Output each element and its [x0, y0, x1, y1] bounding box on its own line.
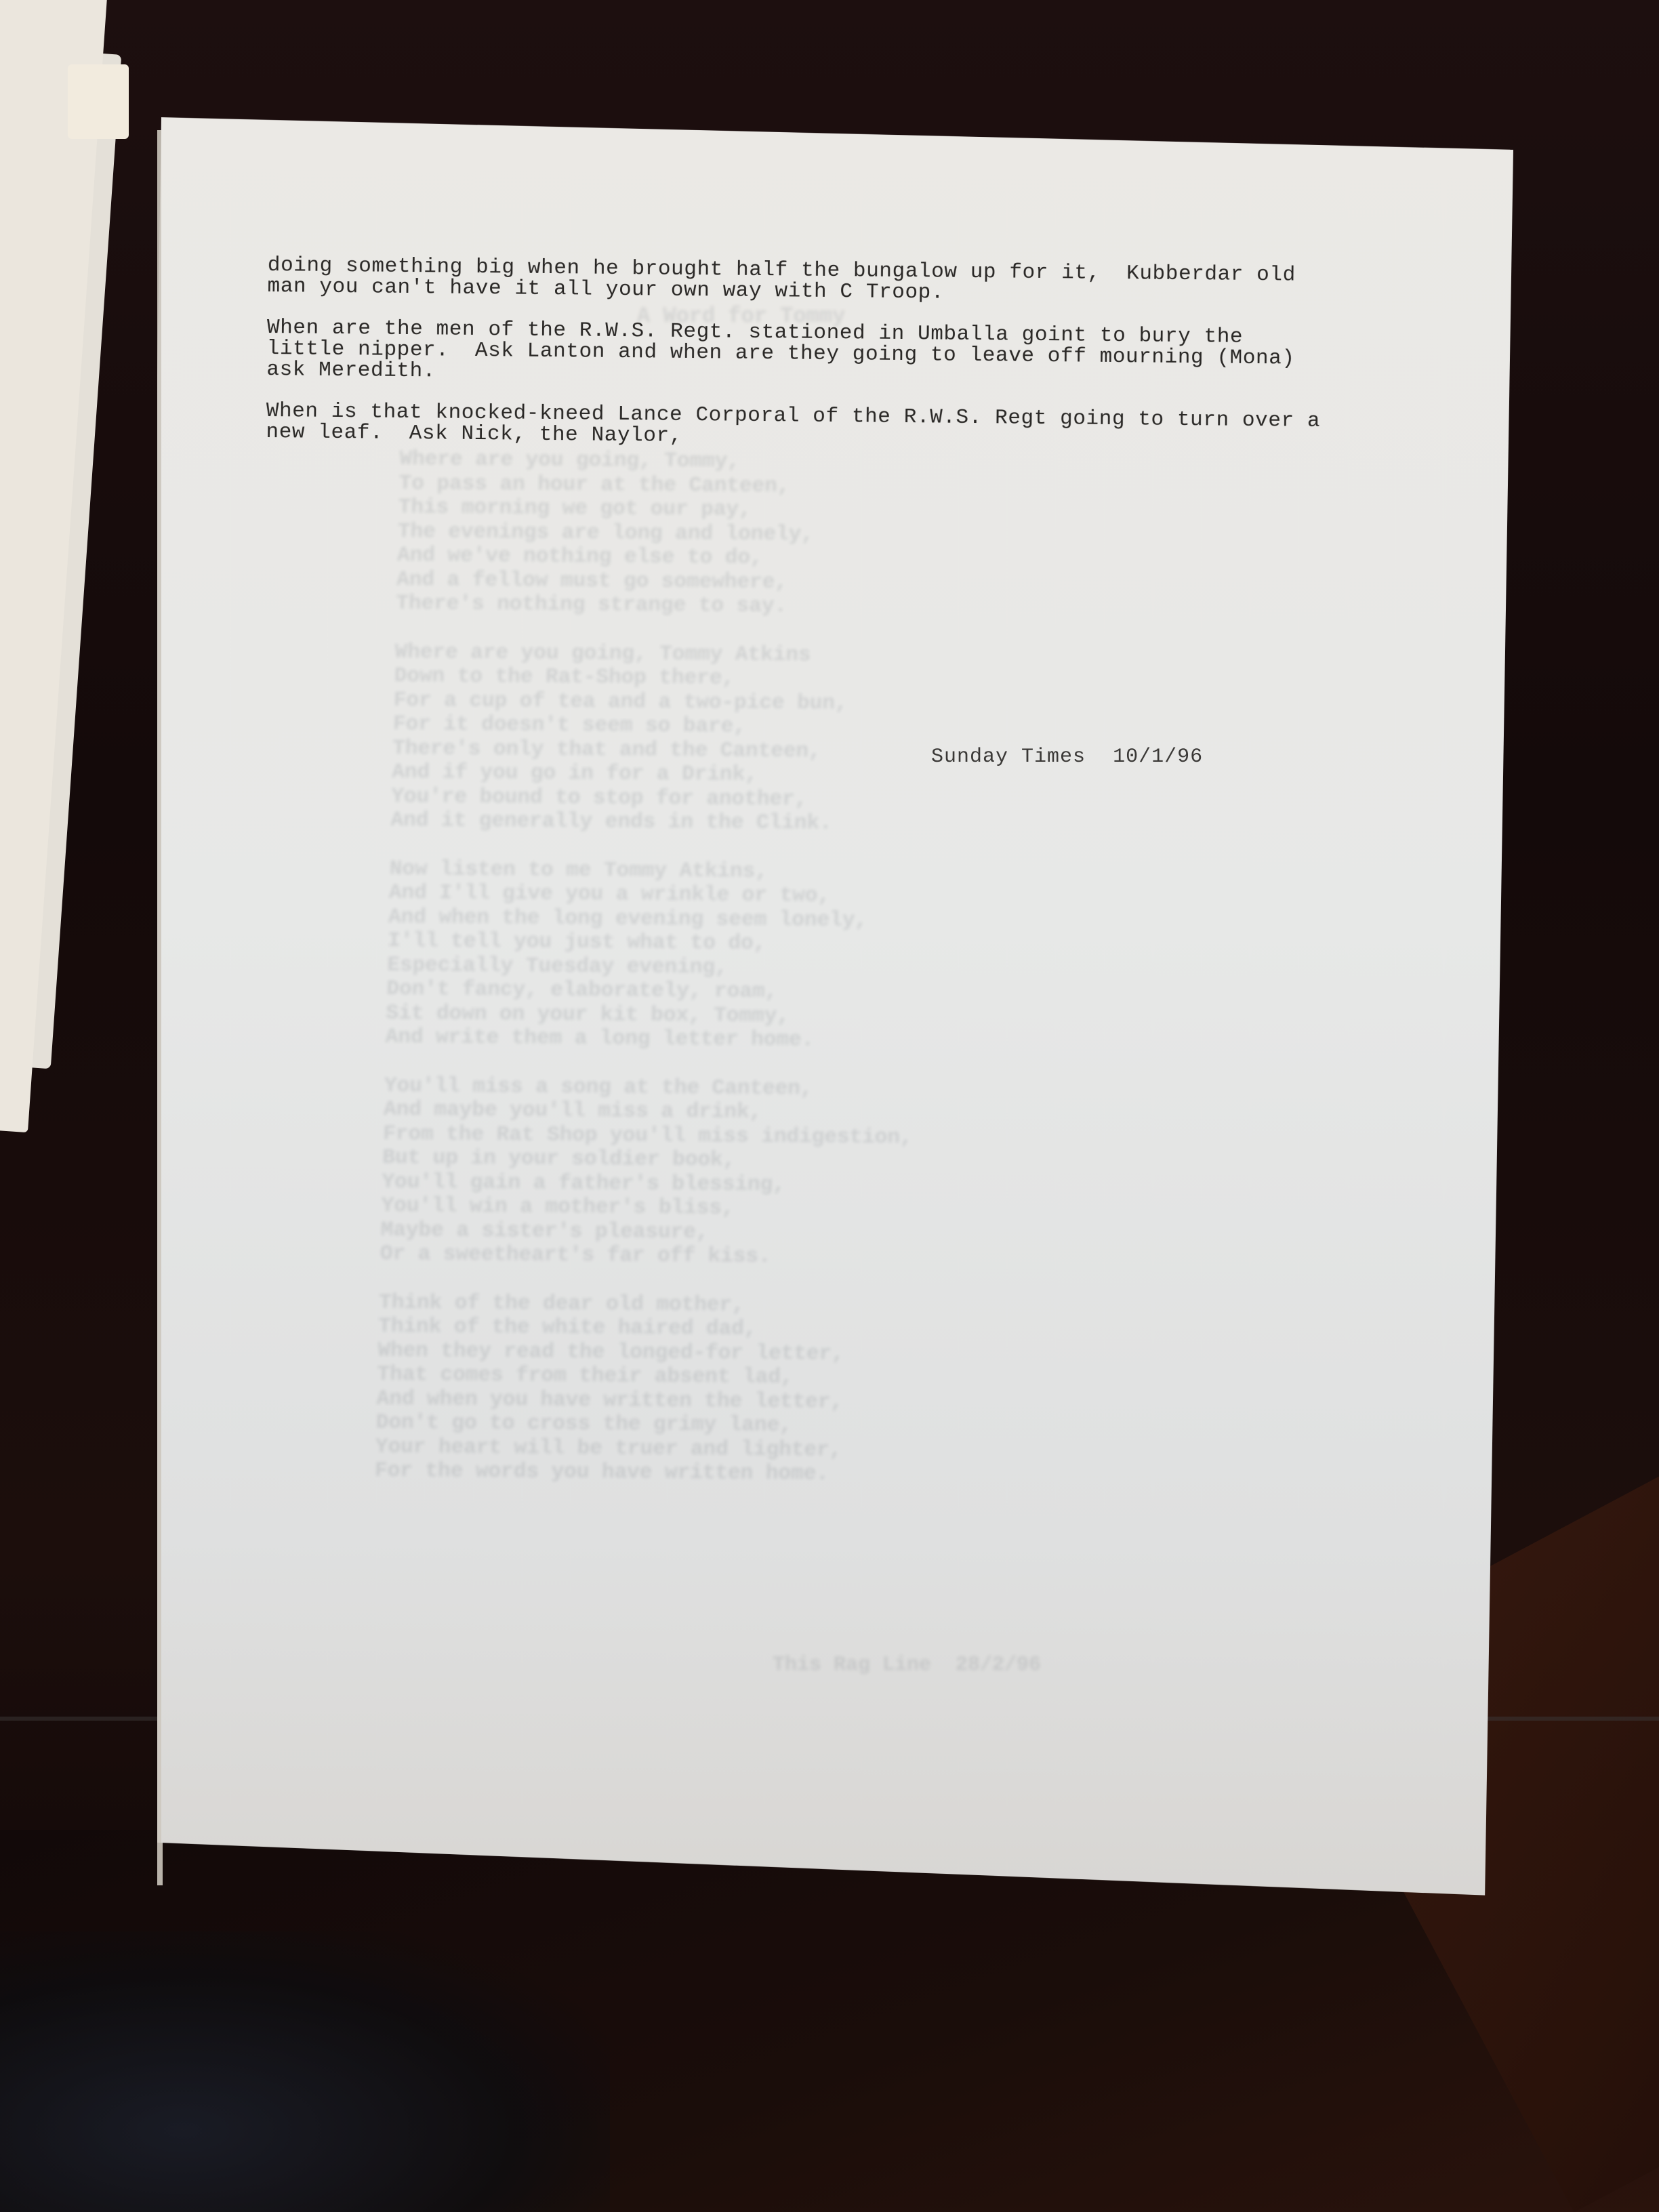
show-through-poem: Where are you going, Tommy,To pass an ho…: [374, 447, 930, 1511]
show-through-line: Sit down on your kit box, Tommy,: [386, 1001, 916, 1029]
show-through-line: The evenings are long and lonely,: [398, 519, 928, 547]
show-through-line: That comes from their absent lad,: [377, 1363, 907, 1391]
paragraph: doing something big when he brought half…: [267, 255, 1322, 307]
show-through-line: Think of the dear old mother,: [379, 1290, 909, 1318]
show-through-line: To pass an hour at the Canteen,: [398, 471, 928, 499]
show-through-line: You'll gain a father's blessing,: [382, 1170, 912, 1197]
chair-shadow: [0, 1931, 610, 2212]
show-through-line: And I'll give you a wrinkle or two,: [388, 881, 918, 909]
show-through-line: But up in your soldier book,: [382, 1146, 912, 1174]
show-through-line: For it doesn't seem so bare,: [393, 712, 923, 740]
source-publication: Sunday Times: [931, 745, 1086, 769]
typed-body: doing something big when he brought half…: [266, 255, 1322, 473]
show-through-stanza: You'll miss a song at the Canteen,And ma…: [380, 1073, 914, 1269]
show-through-footer: This Rag Line 28/2/96: [773, 1654, 1041, 1677]
show-through-stanza: Think of the dear old mother,Think of th…: [375, 1290, 909, 1486]
show-through-line: You'll miss a song at the Canteen,: [384, 1073, 914, 1101]
paragraph: When are the men of the R.W.S. Regt. sta…: [266, 317, 1321, 390]
stacked-sheet-corner: [68, 64, 129, 139]
show-through-line: Don't fancy, elaborately, roam,: [386, 977, 916, 1005]
show-through-line: Think of the white haired dad,: [378, 1315, 908, 1343]
show-through-line: And it generally ends in the Clink.: [390, 808, 920, 836]
show-through-line: There's nothing strange to say.: [396, 592, 926, 619]
source-date: 10/1/96: [1113, 745, 1203, 769]
show-through-line: Especially Tuesday evening,: [387, 953, 917, 981]
show-through-line: Down to the Rat-Shop there,: [394, 664, 924, 692]
show-through-line: Your heart will be truer and lighter,: [375, 1435, 905, 1462]
show-through-line: Or a sweetheart's far off kiss.: [380, 1242, 909, 1270]
show-through-stanza: Where are you going, Tommy,To pass an ho…: [396, 447, 929, 619]
show-through-line: When they read the longed-for letter,: [377, 1338, 907, 1366]
show-through-line: Maybe a sister's pleasure,: [380, 1218, 910, 1246]
show-through-line: You're bound to stop for another,: [391, 784, 921, 812]
show-through-line: Now listen to me Tommy Atkins,: [389, 857, 919, 884]
show-through-line: I'll tell you just what to do,: [388, 929, 918, 957]
source-citation: Sunday Times10/1/96: [905, 722, 1203, 769]
show-through-line: There's only that and the Canteen,: [392, 736, 922, 764]
show-through-line: And write them a long letter home.: [385, 1025, 915, 1053]
show-through-stanza: Where are you going, Tommy AtkinsDown to…: [390, 640, 924, 836]
show-through-line: For the words you have written home.: [375, 1459, 905, 1487]
show-through-line: And when the long evening seem lonely,: [388, 905, 918, 933]
show-through-line: And if you go in for a Drink,: [392, 760, 922, 788]
show-through-line: Where are you going, Tommy Atkins: [394, 640, 924, 668]
show-through-stanza: Now listen to me Tommy Atkins,And I'll g…: [385, 857, 919, 1052]
show-through-line: From the Rat Shop you'll miss indigestio…: [383, 1122, 913, 1149]
show-through-line: This morning we got our pay,: [398, 495, 928, 523]
show-through-line: Don't go to cross the grimy lane,: [375, 1411, 905, 1439]
show-through-line: You'll win a mother's bliss,: [381, 1194, 911, 1222]
show-through-line: For a cup of tea and a two-pice bun,: [393, 688, 923, 716]
show-through-line: And when you have written the letter,: [376, 1387, 906, 1414]
show-through-line: And we've nothing else to do,: [397, 544, 927, 571]
show-through-line: And a fellow must go somewhere,: [396, 567, 926, 595]
show-through-line: And maybe you'll miss a drink,: [384, 1098, 914, 1126]
paragraph: When is that knocked-kneed Lance Corpora…: [266, 401, 1320, 453]
